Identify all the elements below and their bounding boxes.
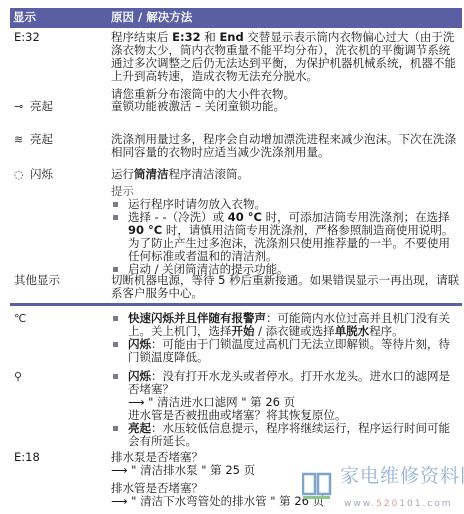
tip-list: 运行程序时请勿放入衣物。 选择 - -（冷洗）或 40 °C 时，可添加洁筒专用… <box>111 198 461 276</box>
section-divider <box>10 303 462 306</box>
watermark-url: www.520101.com <box>344 498 453 511</box>
e32-description: 程序结束后 E:32 和 End 交替显示表示筒内衣物偏心过大（由于洗涤衣物太少… <box>111 31 461 83</box>
row-value: 闪烁：没有打开水龙头或者停水。打开水龙头。进水口的滤网是否堵塞？⟶ " 清洁进水… <box>111 370 461 448</box>
list-item: 选择 - -（冷洗）或 40 °C 时，可添加洁筒专用洗涤剂；在选择 90 °C… <box>111 211 461 263</box>
bullet-square-icon <box>113 342 118 347</box>
row-key: 亮起 <box>30 99 53 113</box>
list-item: 亮起：水压较低信息提示，程序将继续运行，程序运行时间可能会有所延长。 <box>111 422 461 448</box>
bullet-square-icon <box>113 267 118 272</box>
water-tap-icon: ⚲ <box>14 370 28 383</box>
bullet-square-icon <box>113 426 118 431</box>
watermark: 家电维修资料网 www.520101.com <box>300 470 464 514</box>
foam-icon: ≋ <box>14 133 28 146</box>
bullet-square-icon <box>113 374 118 379</box>
bullet-square-icon <box>113 215 118 220</box>
bullet-square-icon <box>113 316 118 321</box>
row-key: 亮起 <box>30 132 53 146</box>
row-value: 切断机器电源，等待 5 秒后重新接通。如果错误显示一再出现，请联系客户服务中心。 <box>111 274 461 300</box>
row-value: 程序结束后 E:32 和 End 交替显示表示筒内衣物偏心过大（由于洗涤衣物太少… <box>111 31 461 101</box>
header-display: 显示 <box>13 11 36 24</box>
child-lock-key-icon: ⊸ <box>14 100 28 113</box>
row-key: E:18 <box>14 451 109 464</box>
drum-clean-icon: ◌ <box>14 168 28 181</box>
row-value: 运行筒清洁程序清洁滚筒。 提示 运行程序时请勿放入衣物。 选择 - -（冷洗）或… <box>111 168 461 276</box>
row-value: 快速闪烁并且伴随有报警声：可能筒内水位过高并且机门没有关上。关上机门，选择开始 … <box>111 312 461 364</box>
list-item: 闪烁：可能由于门锁温度过高机门无法立即解锁。等待片刻，待门锁温度降低。 <box>111 338 461 364</box>
page-reference: ⟶ " 清洁进水口滤网 " 第 26 页 <box>128 395 295 409</box>
row-key: 闪烁 <box>30 167 53 181</box>
list-item: 闪烁：没有打开水龙头或者停水。打开水龙头。进水口的滤网是否堵塞？⟶ " 清洁进水… <box>111 370 461 422</box>
book-logo-icon <box>302 472 332 500</box>
row-value: 童锁功能被激活 – 关闭童锁功能。 <box>111 100 461 113</box>
row-key: E:32 <box>14 31 109 44</box>
row-value: 洗涤剂用量过多，程序会自动增加漂洗进程来减少泡沫。下次在洗涤相同容量的衣物时应适… <box>111 133 461 159</box>
bullet-square-icon <box>113 202 118 207</box>
watermark-title: 家电维修资料网 <box>340 470 464 483</box>
table-header: 显示 原因 / 解决方法 <box>10 8 462 28</box>
row-key: 其他显示 <box>14 274 109 287</box>
door-lock-icon: ℃ <box>14 312 28 325</box>
list-item: 快速闪烁并且伴随有报警声：可能筒内水位过高并且机门没有关上。关上机门，选择开始 … <box>111 312 461 338</box>
header-cause-solution: 原因 / 解决方法 <box>111 11 192 24</box>
